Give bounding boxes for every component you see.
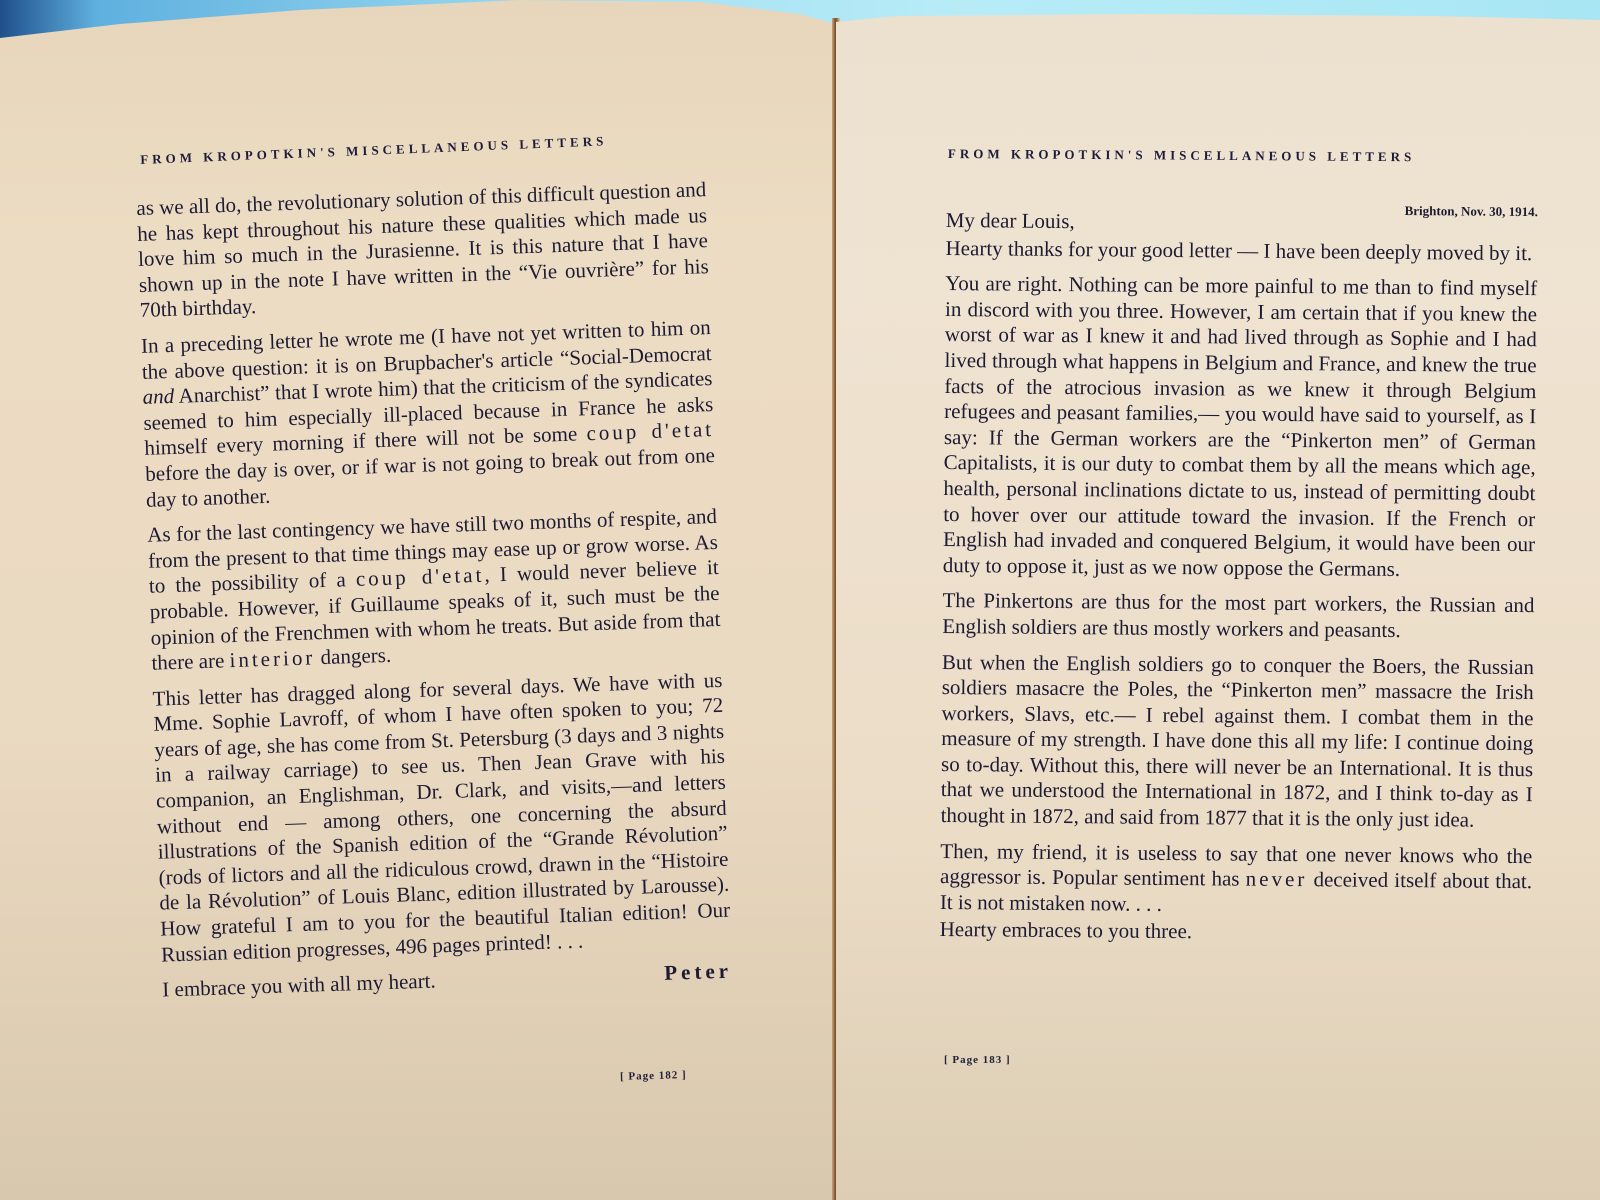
left-page: FROM KROPOTKIN'S MISCELLANEOUS LETTERS a… <box>0 0 836 1200</box>
right-paragraph-3: The Pinkertons are thus for the most par… <box>942 588 1534 644</box>
right-page-body: Brighton, Nov. 30, 1914. My dear Louis, … <box>939 200 1538 958</box>
letterspaced-run: never <box>1246 867 1308 892</box>
right-page: FROM KROPOTKIN'S MISCELLANEOUS LETTERS B… <box>836 0 1600 1200</box>
left-paragraph-2: In a preceding letter he wrote me (I hav… <box>141 315 717 513</box>
right-page-number: [ Page 183 ] <box>944 1054 1011 1066</box>
signature: Peter <box>664 959 733 987</box>
left-paragraph-1: as we all do, the revolutionary solution… <box>136 177 710 324</box>
closing-line: Hearty embraces to you three. <box>940 917 1532 948</box>
italic-run: and <box>142 384 174 409</box>
right-paragraph-4: But when the English soldiers go to conq… <box>941 649 1535 833</box>
left-running-head: FROM KROPOTKIN'S MISCELLANEOUS LETTERS <box>140 133 608 168</box>
letterspaced-run: coup d'etat <box>586 417 714 445</box>
left-page-body: as we all do, the revolutionary solution… <box>136 177 732 1003</box>
left-paragraph-3: As for the last contingency we have stil… <box>147 504 722 676</box>
right-running-head: FROM KROPOTKIN'S MISCELLANEOUS LETTERS <box>948 146 1415 165</box>
left-page-number: [ Page 182 ] <box>620 1069 687 1083</box>
letterspaced-run: interior <box>229 645 316 672</box>
left-paragraph-4: This letter has dragged along for severa… <box>152 668 731 968</box>
right-paragraph-1: Hearty thanks for your good letter — I h… <box>945 236 1537 267</box>
letterspaced-run: coup d'etat <box>355 563 484 591</box>
closing-row: I embrace you with all my heart. Peter <box>162 959 733 1003</box>
right-paragraph-2: You are right. Nothing can be more painf… <box>943 271 1538 583</box>
text-run: dangers. <box>315 643 392 670</box>
right-paragraph-5: Then, my friend, it is useless to say th… <box>940 839 1533 921</box>
closing-line: I embrace you with all my heart. <box>162 969 436 1004</box>
